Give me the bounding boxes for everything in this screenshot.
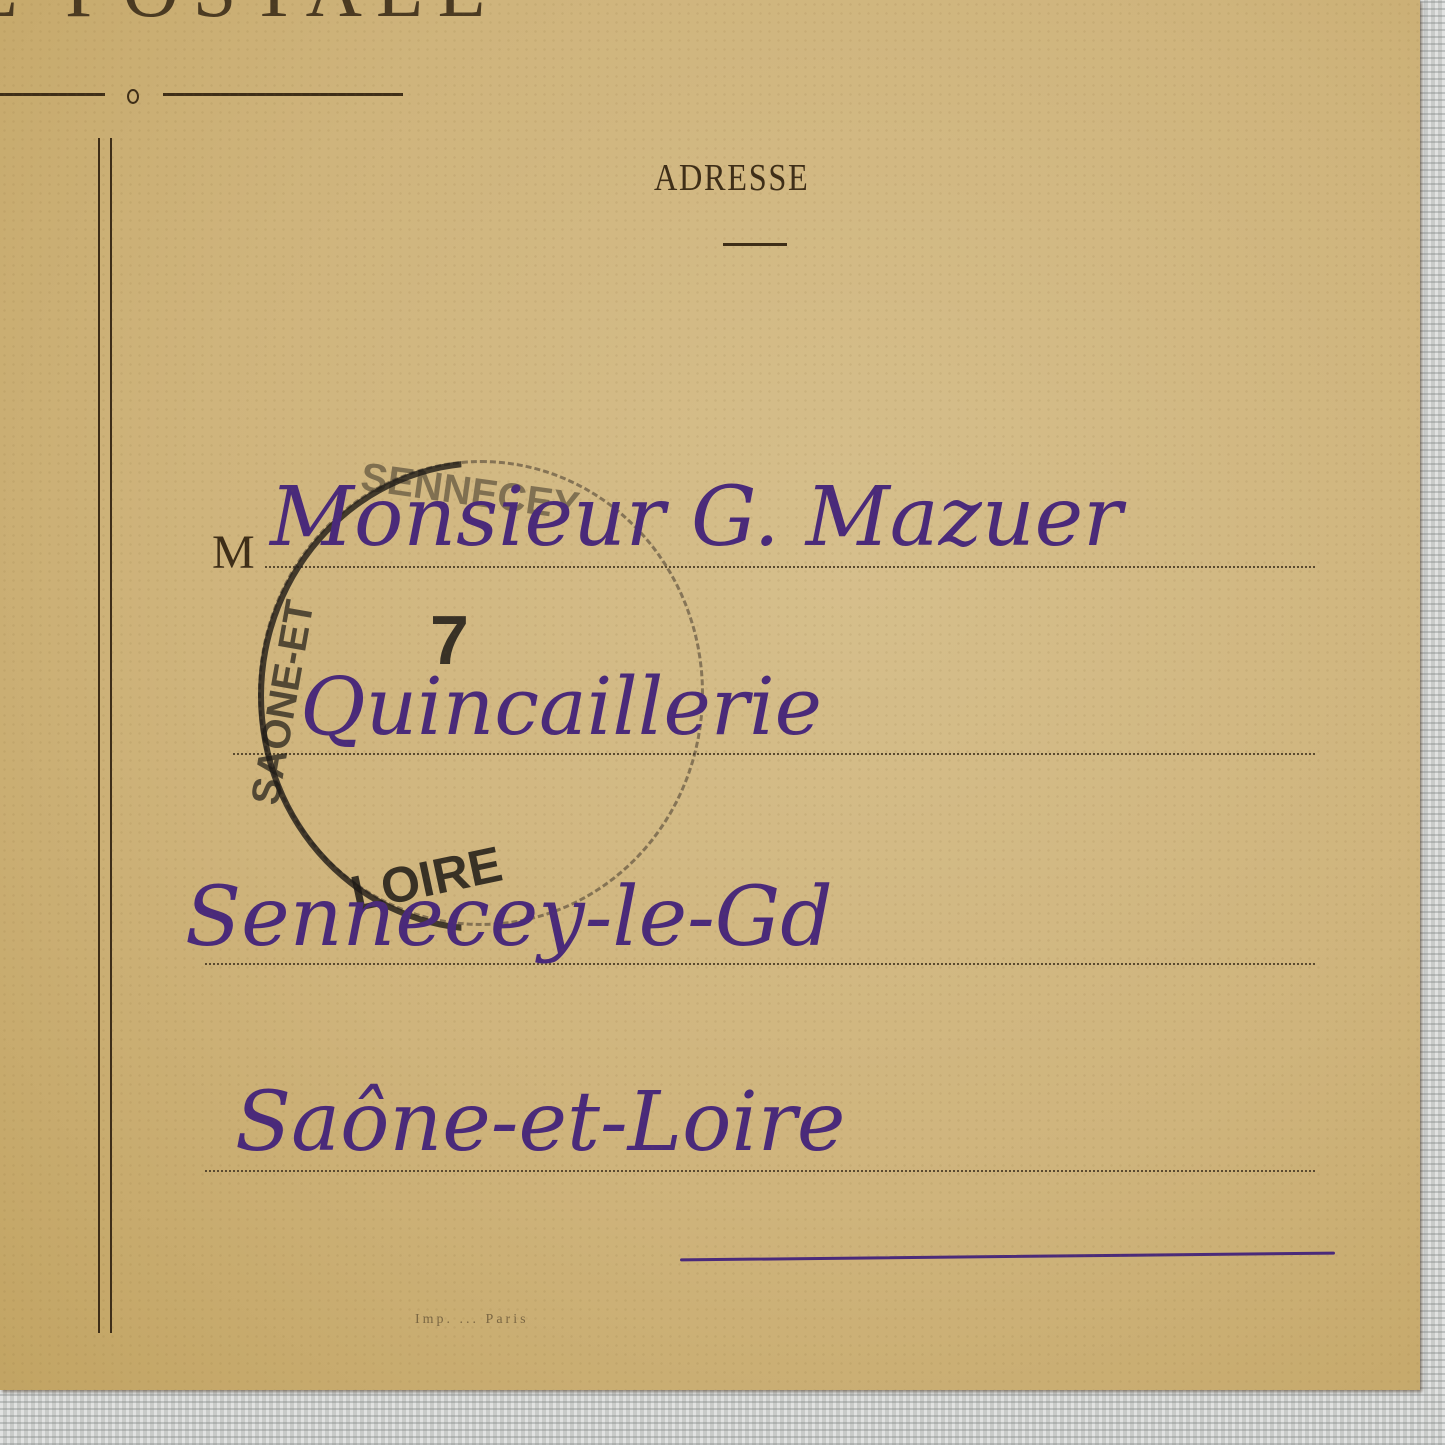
handwritten-line-2: Quincaillerie xyxy=(300,660,822,753)
handwritten-underline xyxy=(680,1252,1335,1262)
divider-line-left xyxy=(98,138,100,1333)
address-heading: ADRESSE xyxy=(654,156,809,200)
handwritten-line-1: Monsieur G. Mazuer xyxy=(270,470,1122,565)
heading-dash xyxy=(723,243,787,246)
recipient-prefix: M xyxy=(212,525,255,580)
divider-line-right xyxy=(110,138,112,1333)
address-line-4 xyxy=(205,1170,1315,1172)
handwritten-line-4: Saône-et-Loire xyxy=(235,1075,845,1170)
printer-imprint: Imp. ... Paris xyxy=(415,1312,529,1328)
postcard: E POSTALE ADRESSE M SENNECEY 7 LOIRE SAO… xyxy=(0,0,1420,1390)
handwritten-line-3: Sennecey-le-Gd xyxy=(185,870,833,965)
postcard-title: E POSTALE xyxy=(0,0,499,35)
title-rule-right xyxy=(163,93,403,96)
title-rule-left xyxy=(0,93,105,96)
ornament-icon xyxy=(127,89,139,104)
